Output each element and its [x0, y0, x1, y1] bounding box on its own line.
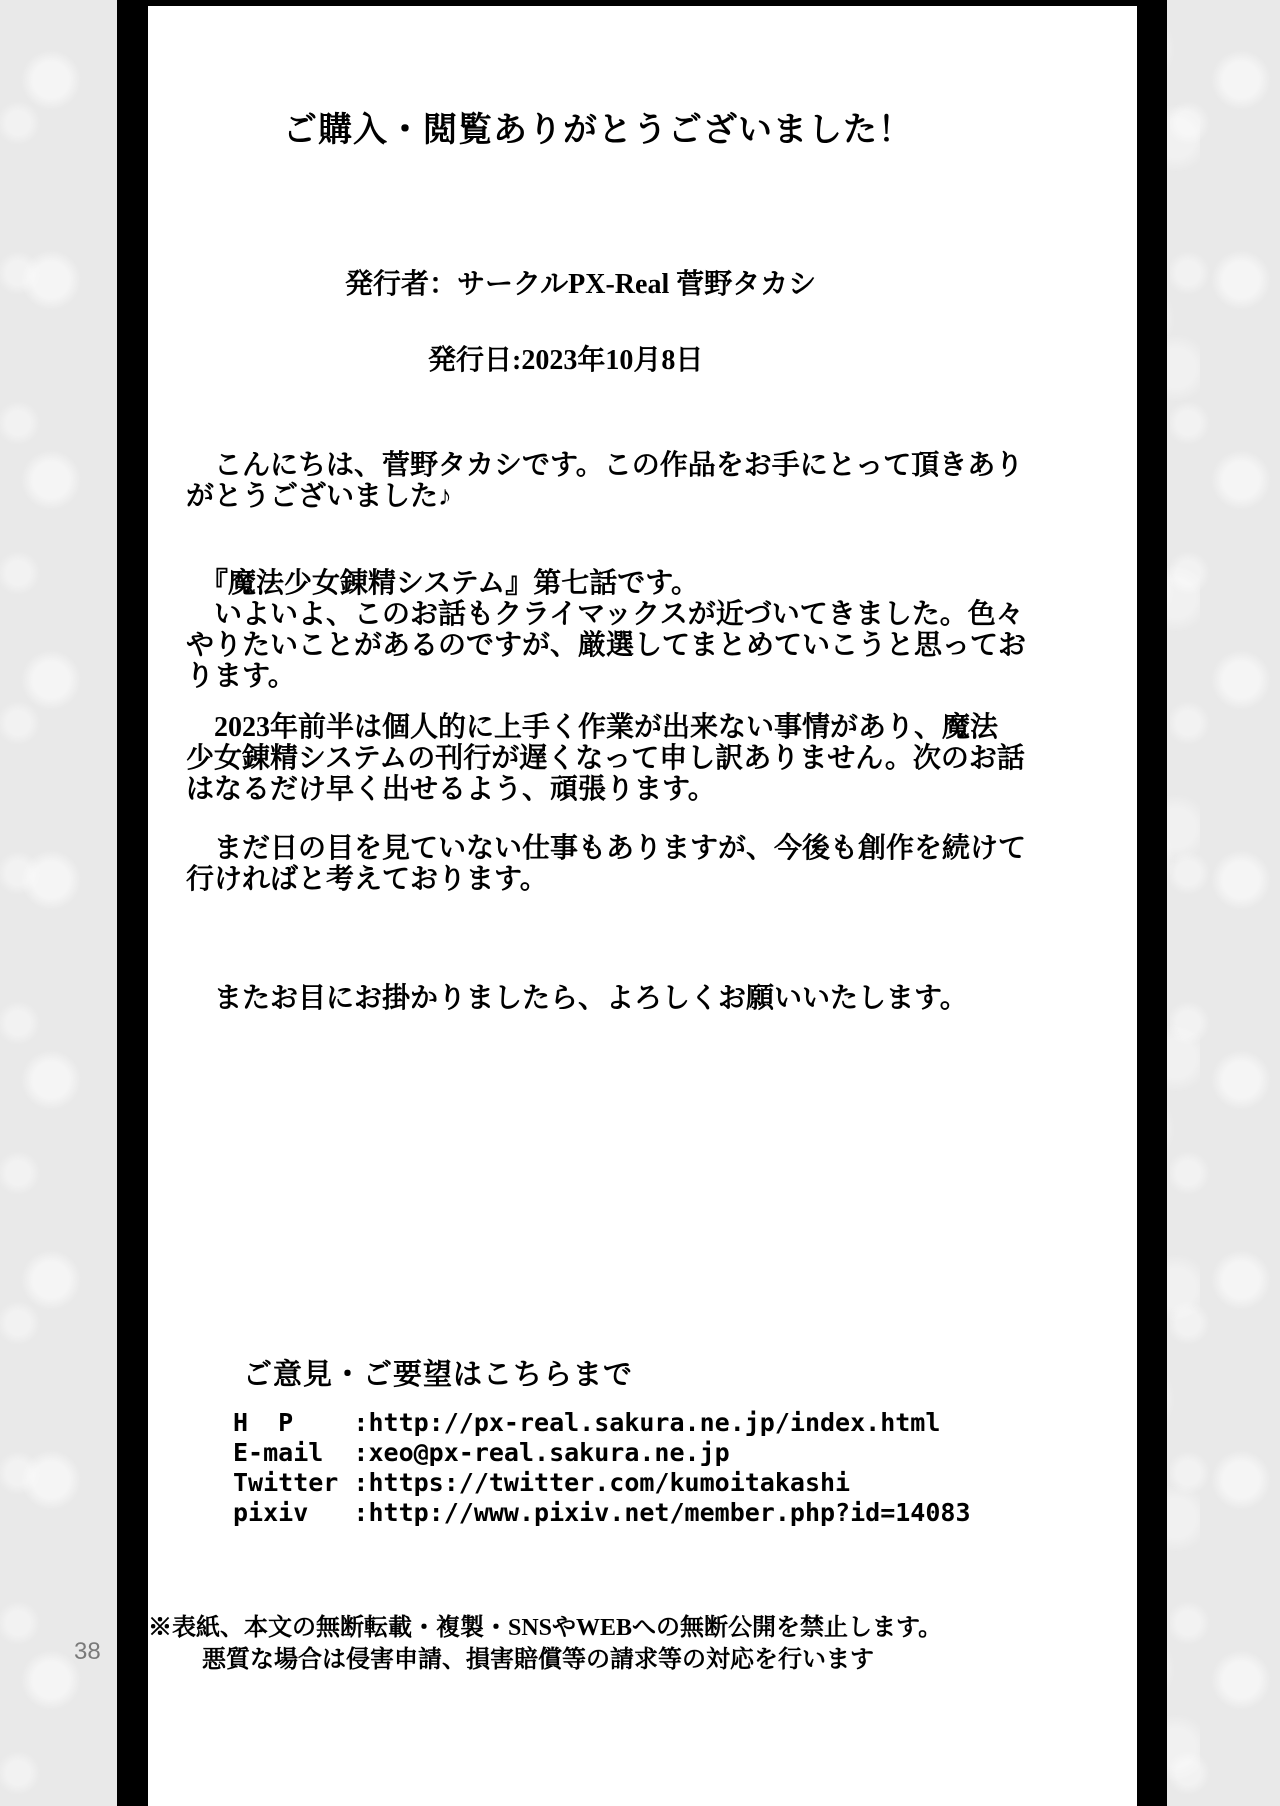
- paragraph-apology: 2023年前半は個人的に上手く作業が出来ない事情があり、魔法 少女錬精システムの…: [186, 712, 1025, 805]
- contact-links: H P :http://px-real.sakura.ne.jp/index.h…: [233, 1408, 971, 1528]
- contact-heading: ご意見・ご要望はこちらまで: [243, 1352, 633, 1393]
- text-line: まだ日の目を見ていない仕事もありますが、今後も創作を続けて: [186, 833, 1026, 864]
- pixiv-url-line: pixiv :http://www.pixiv.net/member.php?i…: [233, 1498, 971, 1528]
- paragraph-future-work: まだ日の目を見ていない仕事もありますが、今後も創作を続けて 行ければと考えており…: [186, 833, 1026, 895]
- publication-date-line: 発行日:2023年10月8日: [428, 338, 703, 378]
- email-line: E-mail :xeo@px-real.sakura.ne.jp: [233, 1438, 971, 1468]
- text-line: ります。: [186, 661, 1026, 692]
- text-line: いよいよ、このお話もクライマックスが近づいてきました。色々: [186, 599, 1026, 630]
- scan-backdrop: 38 ご購入・閲覧ありがとうございました！ 発行者：サークルPX-Real 菅野…: [0, 0, 1280, 1806]
- twitter-url-line: Twitter :https://twitter.com/kumoitakash…: [233, 1468, 971, 1498]
- paragraph-greeting: こんにちは、菅野タカシです。この作品をお手にとって頂きあり がとうございました♪: [186, 450, 1023, 512]
- page-title: ご購入・閲覧ありがとうございました！: [283, 102, 913, 151]
- text-line: はなるだけ早く出せるよう、頑張ります。: [186, 774, 1025, 805]
- text-line: がとうございました♪: [186, 481, 1023, 512]
- notice-line: 悪質な場合は侵害申請、損害賠償等の請求等の対応を行います: [148, 1644, 928, 1676]
- paragraph-series-info: 『魔法少女錬精システム』第七話です。 いよいよ、このお話もクライマックスが近づい…: [186, 568, 1026, 692]
- page-number: 38: [74, 1638, 101, 1666]
- text-line: 『魔法少女錬精システム』第七話です。: [186, 568, 1026, 599]
- paragraph-closing: またお目にお掛かりましたら、よろしくお願いいたします。: [186, 983, 968, 1014]
- text-line: またお目にお掛かりましたら、よろしくお願いいたします。: [186, 983, 968, 1014]
- afterword-page: ご購入・閲覧ありがとうございました！ 発行者：サークルPX-Real 菅野タカシ…: [117, 0, 1167, 1806]
- text-line: こんにちは、菅野タカシです。この作品をお手にとって頂きあり: [186, 450, 1023, 481]
- text-line: やりたいことがあるのですが、厳選してまとめていこうと思ってお: [186, 630, 1026, 661]
- copyright-notice: ※表紙、本文の無断転載・複製・SNSやWEBへの無断公開を禁止します。 悪質な場…: [148, 1612, 928, 1676]
- text-line: 少女錬精システムの刊行が遅くなって申し訳ありません。次のお話: [186, 743, 1025, 774]
- text-line: 行ければと考えております。: [186, 864, 1026, 895]
- notice-line: ※表紙、本文の無断転載・複製・SNSやWEBへの無断公開を禁止します。: [148, 1612, 928, 1644]
- publisher-line: 発行者：サークルPX-Real 菅野タカシ: [345, 262, 816, 302]
- homepage-url-line: H P :http://px-real.sakura.ne.jp/index.h…: [233, 1408, 971, 1438]
- text-line: 2023年前半は個人的に上手く作業が出来ない事情があり、魔法: [186, 712, 1025, 743]
